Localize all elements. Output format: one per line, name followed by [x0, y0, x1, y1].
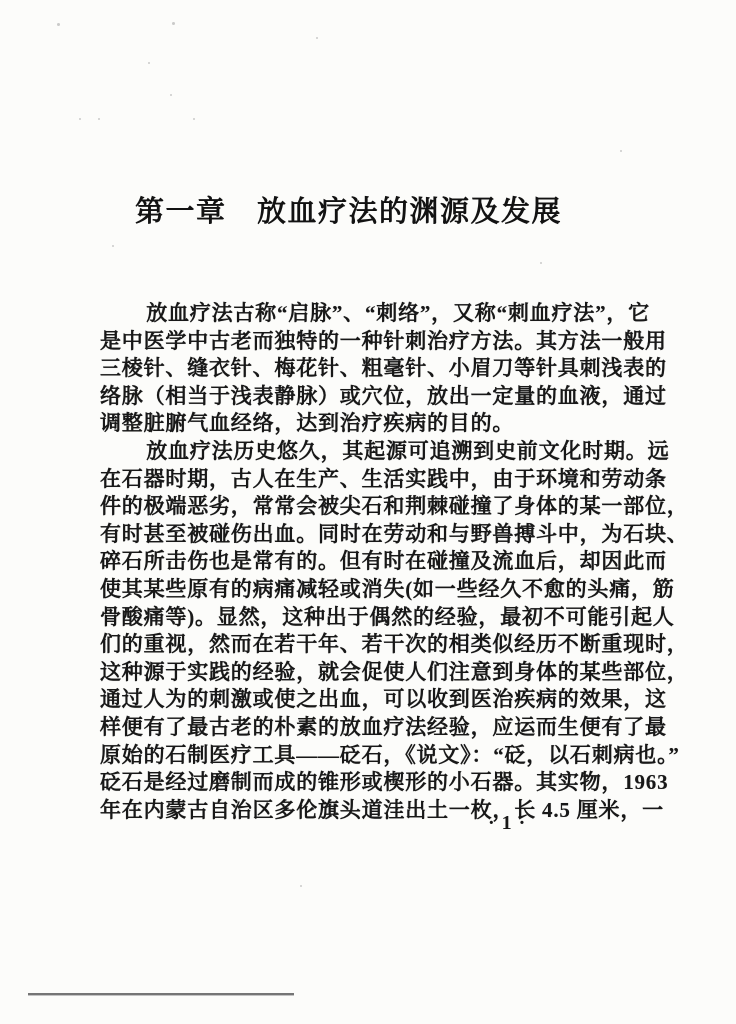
text-line: 络脉（相当于浅表静脉）或穴位，放出一定量的血液，通过 [100, 383, 634, 411]
text-line: 件的极端恶劣，常常会被尖石和荆棘碰撞了身体的某一部位， [100, 493, 634, 521]
scan-speck [620, 150, 622, 152]
scan-speck [170, 94, 172, 96]
text-line: 在石器时期，古人在生产、生活实践中，由于环境和劳动条 [100, 466, 634, 494]
body-text: 放血疗法古称“启脉”、“刺络”，又称“刺血疗法”，它是中医学中古老而独特的一种针… [100, 300, 634, 824]
text-line: 样便有了最古老的朴素的放血疗法经验，应运而生便有了最 [100, 714, 634, 742]
text-line: 是中医学中古老而独特的一种针刺治疗方法。其方法一般用 [100, 328, 634, 356]
scan-speck [148, 62, 150, 64]
text-line: 们的重视，然而在若干年、若干次的相类似经历不断重现时， [100, 631, 634, 659]
text-line: 使其某些原有的病痛减轻或消失(如一些经久不愈的头痛，筋 [100, 576, 634, 604]
scan-speck [193, 118, 195, 120]
text-line: 骨酸痛等)。显然，这种出于偶然的经验，最初不可能引起人 [100, 604, 634, 632]
text-line: 有时甚至被碰伤出血。同时在劳动和与野兽搏斗中，为石块、 [100, 521, 634, 549]
page-number: · 1 · [488, 812, 526, 835]
text-line: 放血疗法古称“启脉”、“刺络”，又称“刺血疗法”，它 [100, 300, 634, 328]
scan-speck [316, 37, 318, 39]
text-line: 碎石所击伤也是常有的。但有时在碰撞及流血后，却因此而 [100, 548, 634, 576]
text-line: 原始的石制医疗工具——砭石，《说文》：“砭，以石刺病也。” [100, 742, 634, 770]
scan-speck [172, 22, 175, 25]
scan-speck [79, 118, 81, 120]
scan-speck [98, 118, 100, 120]
text-line: 这种源于实践的经验，就会促使人们注意到身体的某些部位， [100, 659, 634, 687]
text-line: 砭石是经过磨制而成的锥形或楔形的小石器。其实物，1963 [100, 769, 634, 797]
footnote-rule [28, 993, 294, 996]
scan-speck [112, 245, 114, 247]
scan-speck [300, 885, 302, 887]
text-line: 年在内蒙古自治区多伦旗头道洼出土一枚，长 4.5 厘米，一 [100, 797, 634, 825]
scan-speck [57, 23, 60, 26]
book-page: 第一章 放血疗法的渊源及发展 放血疗法古称“启脉”、“刺络”，又称“刺血疗法”，… [0, 0, 736, 1024]
scan-speck [540, 262, 542, 264]
text-line: 调整脏腑气血经络，达到治疗疾病的目的。 [100, 410, 634, 438]
text-line: 放血疗法历史悠久，其起源可追溯到史前文化时期。远 [100, 438, 634, 466]
text-line: 三棱针、缝衣针、梅花针、粗毫针、小眉刀等针具刺浅表的 [100, 355, 634, 383]
chapter-title: 第一章 放血疗法的渊源及发展 [135, 189, 562, 230]
text-line: 通过人为的刺激或使之出血，可以收到医治疾病的效果，这 [100, 686, 634, 714]
